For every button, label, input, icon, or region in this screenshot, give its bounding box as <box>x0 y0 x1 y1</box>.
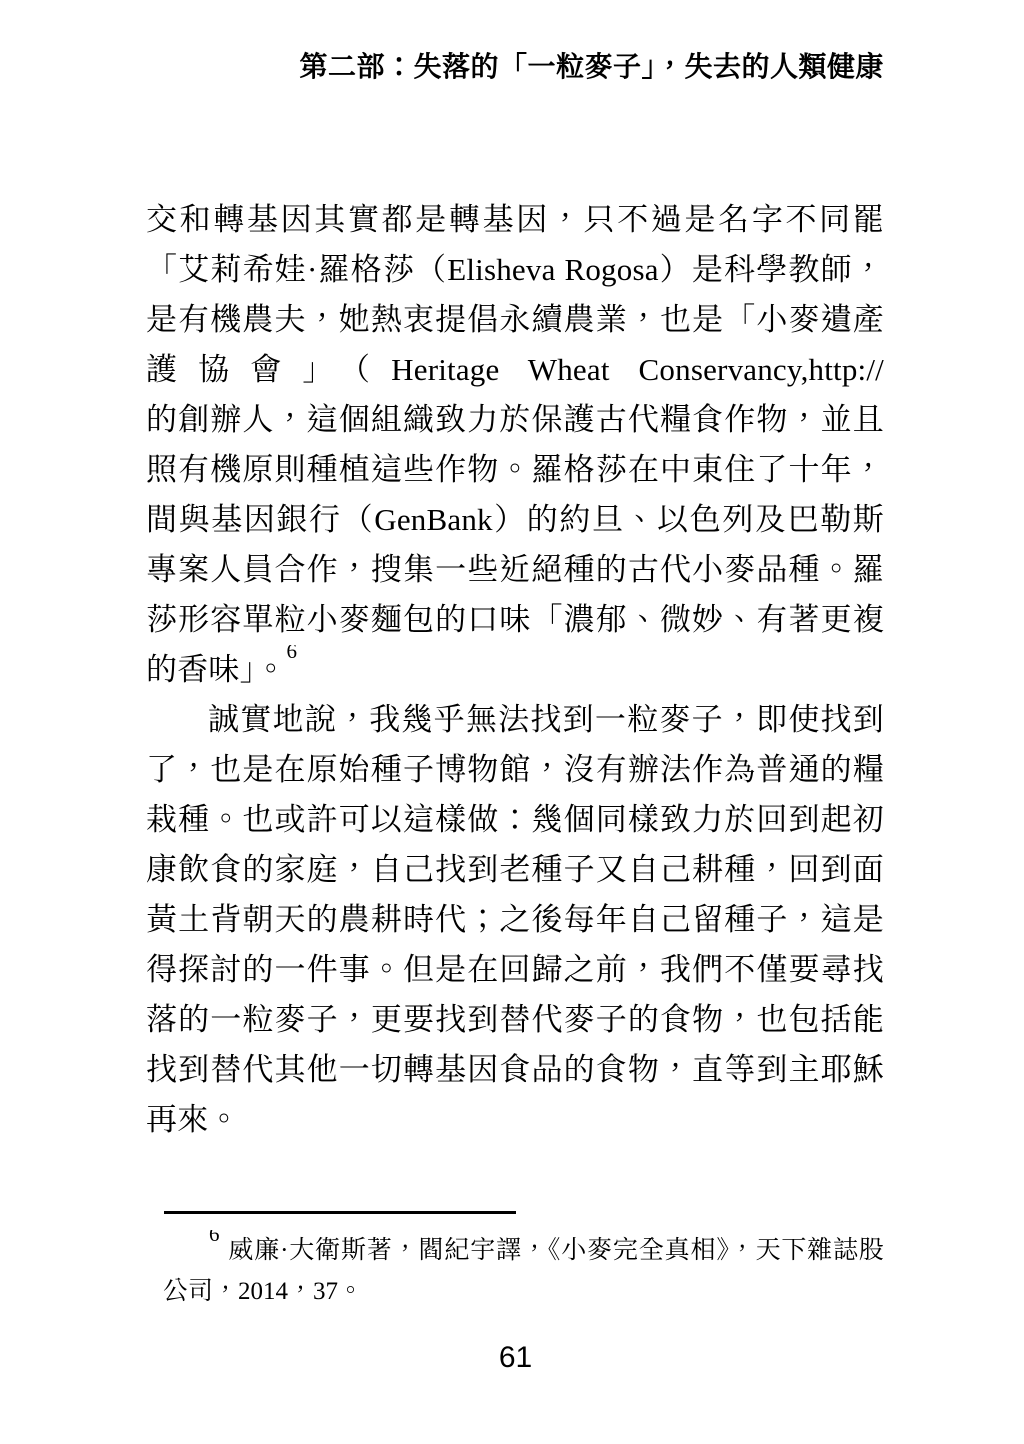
body-line-paragraph-end: 再來。 <box>146 1095 884 1145</box>
footnote: 6威廉·大衛斯著，閻紀宇譯，《小麥完全真相》，天下雜誌股份有限 公司，2014，… <box>163 1230 884 1312</box>
body-line: 「艾莉希娃·羅格莎（Elisheva Rogosa）是科學教師，也 <box>146 245 884 295</box>
footnote-text: 威廉·大衛斯著，閻紀宇譯，《小麥完全真相》，天下雜誌股份有限 <box>209 1237 884 1271</box>
body-line: 得探討的一件事。但是在回歸之前，我們不僅要尋找失 <box>146 945 884 995</box>
footnote-separator-rule <box>164 1211 516 1214</box>
body-line: 栽種。也或許可以這樣做：幾個同樣致力於回到起初健 <box>146 795 884 845</box>
body-line: 了，也是在原始種子博物館，沒有辦法作為普通的糧食 <box>146 745 884 795</box>
book-page: 第二部：失落的「一粒麥子」，失去的人類健康 交和轉基因其實都是轉基因，只不過是名… <box>0 0 1024 1444</box>
body-line-paragraph-end: 的香味」。6 <box>146 645 884 695</box>
footnote-reference-superscript: 6 <box>287 645 298 663</box>
body-line: 的創辦人，這個組織致力於保護古代糧食作物，並且按 <box>146 395 884 445</box>
body-line: 專案人員合作，搜集一些近絕種的古代小麥品種。羅格 <box>146 545 884 595</box>
body-line: 康飲食的家庭，自己找到老種子又自己耕種，回到面朝 <box>146 845 884 895</box>
footnote-marker: 6 <box>209 1230 228 1246</box>
body-line: 找到替代其他一切轉基因食品的食物，直等到主耶穌的 <box>146 1045 884 1095</box>
body-line: 照有機原則種植這些作物。羅格莎在中東住了十年，其 <box>146 445 884 495</box>
body-line: 落的一粒麥子，更要找到替代麥子的食物，也包括能夠 <box>146 995 884 1045</box>
body-line: 黃土背朝天的農耕時代；之後每年自己留種子，這是值 <box>146 895 884 945</box>
body-line: 交和轉基因其實都是轉基因，只不過是名字不同罷了。 <box>146 195 884 245</box>
body-line: 護協會」（Heritage Wheat Conservancy,http:// … <box>146 345 884 395</box>
page-number: 61 <box>147 1340 884 1376</box>
body-line-paragraph-start: 誠實地說，我幾乎無法找到一粒麥子，即使找到 <box>146 695 884 745</box>
body-line-text: 的香味」。 <box>146 652 287 687</box>
footnote-line: 6威廉·大衛斯著，閻紀宇譯，《小麥完全真相》，天下雜誌股份有限 <box>163 1230 884 1271</box>
footnote-line: 公司，2014，37。 <box>163 1271 884 1312</box>
body-text: 交和轉基因其實都是轉基因，只不過是名字不同罷了。 「艾莉希娃·羅格莎（Elish… <box>146 195 884 1145</box>
body-line: 是有機農夫，她熱衷提倡永續農業，也是「小麥遺產保 <box>146 295 884 345</box>
running-header: 第二部：失落的「一粒麥子」，失去的人類健康 <box>147 50 884 84</box>
body-line: 莎形容單粒小麥麵包的口味「濃郁、微妙、有著更複雜 <box>146 595 884 645</box>
body-line: 間與基因銀行（GenBank）的約旦、以色列及巴勒斯坦 <box>146 495 884 545</box>
